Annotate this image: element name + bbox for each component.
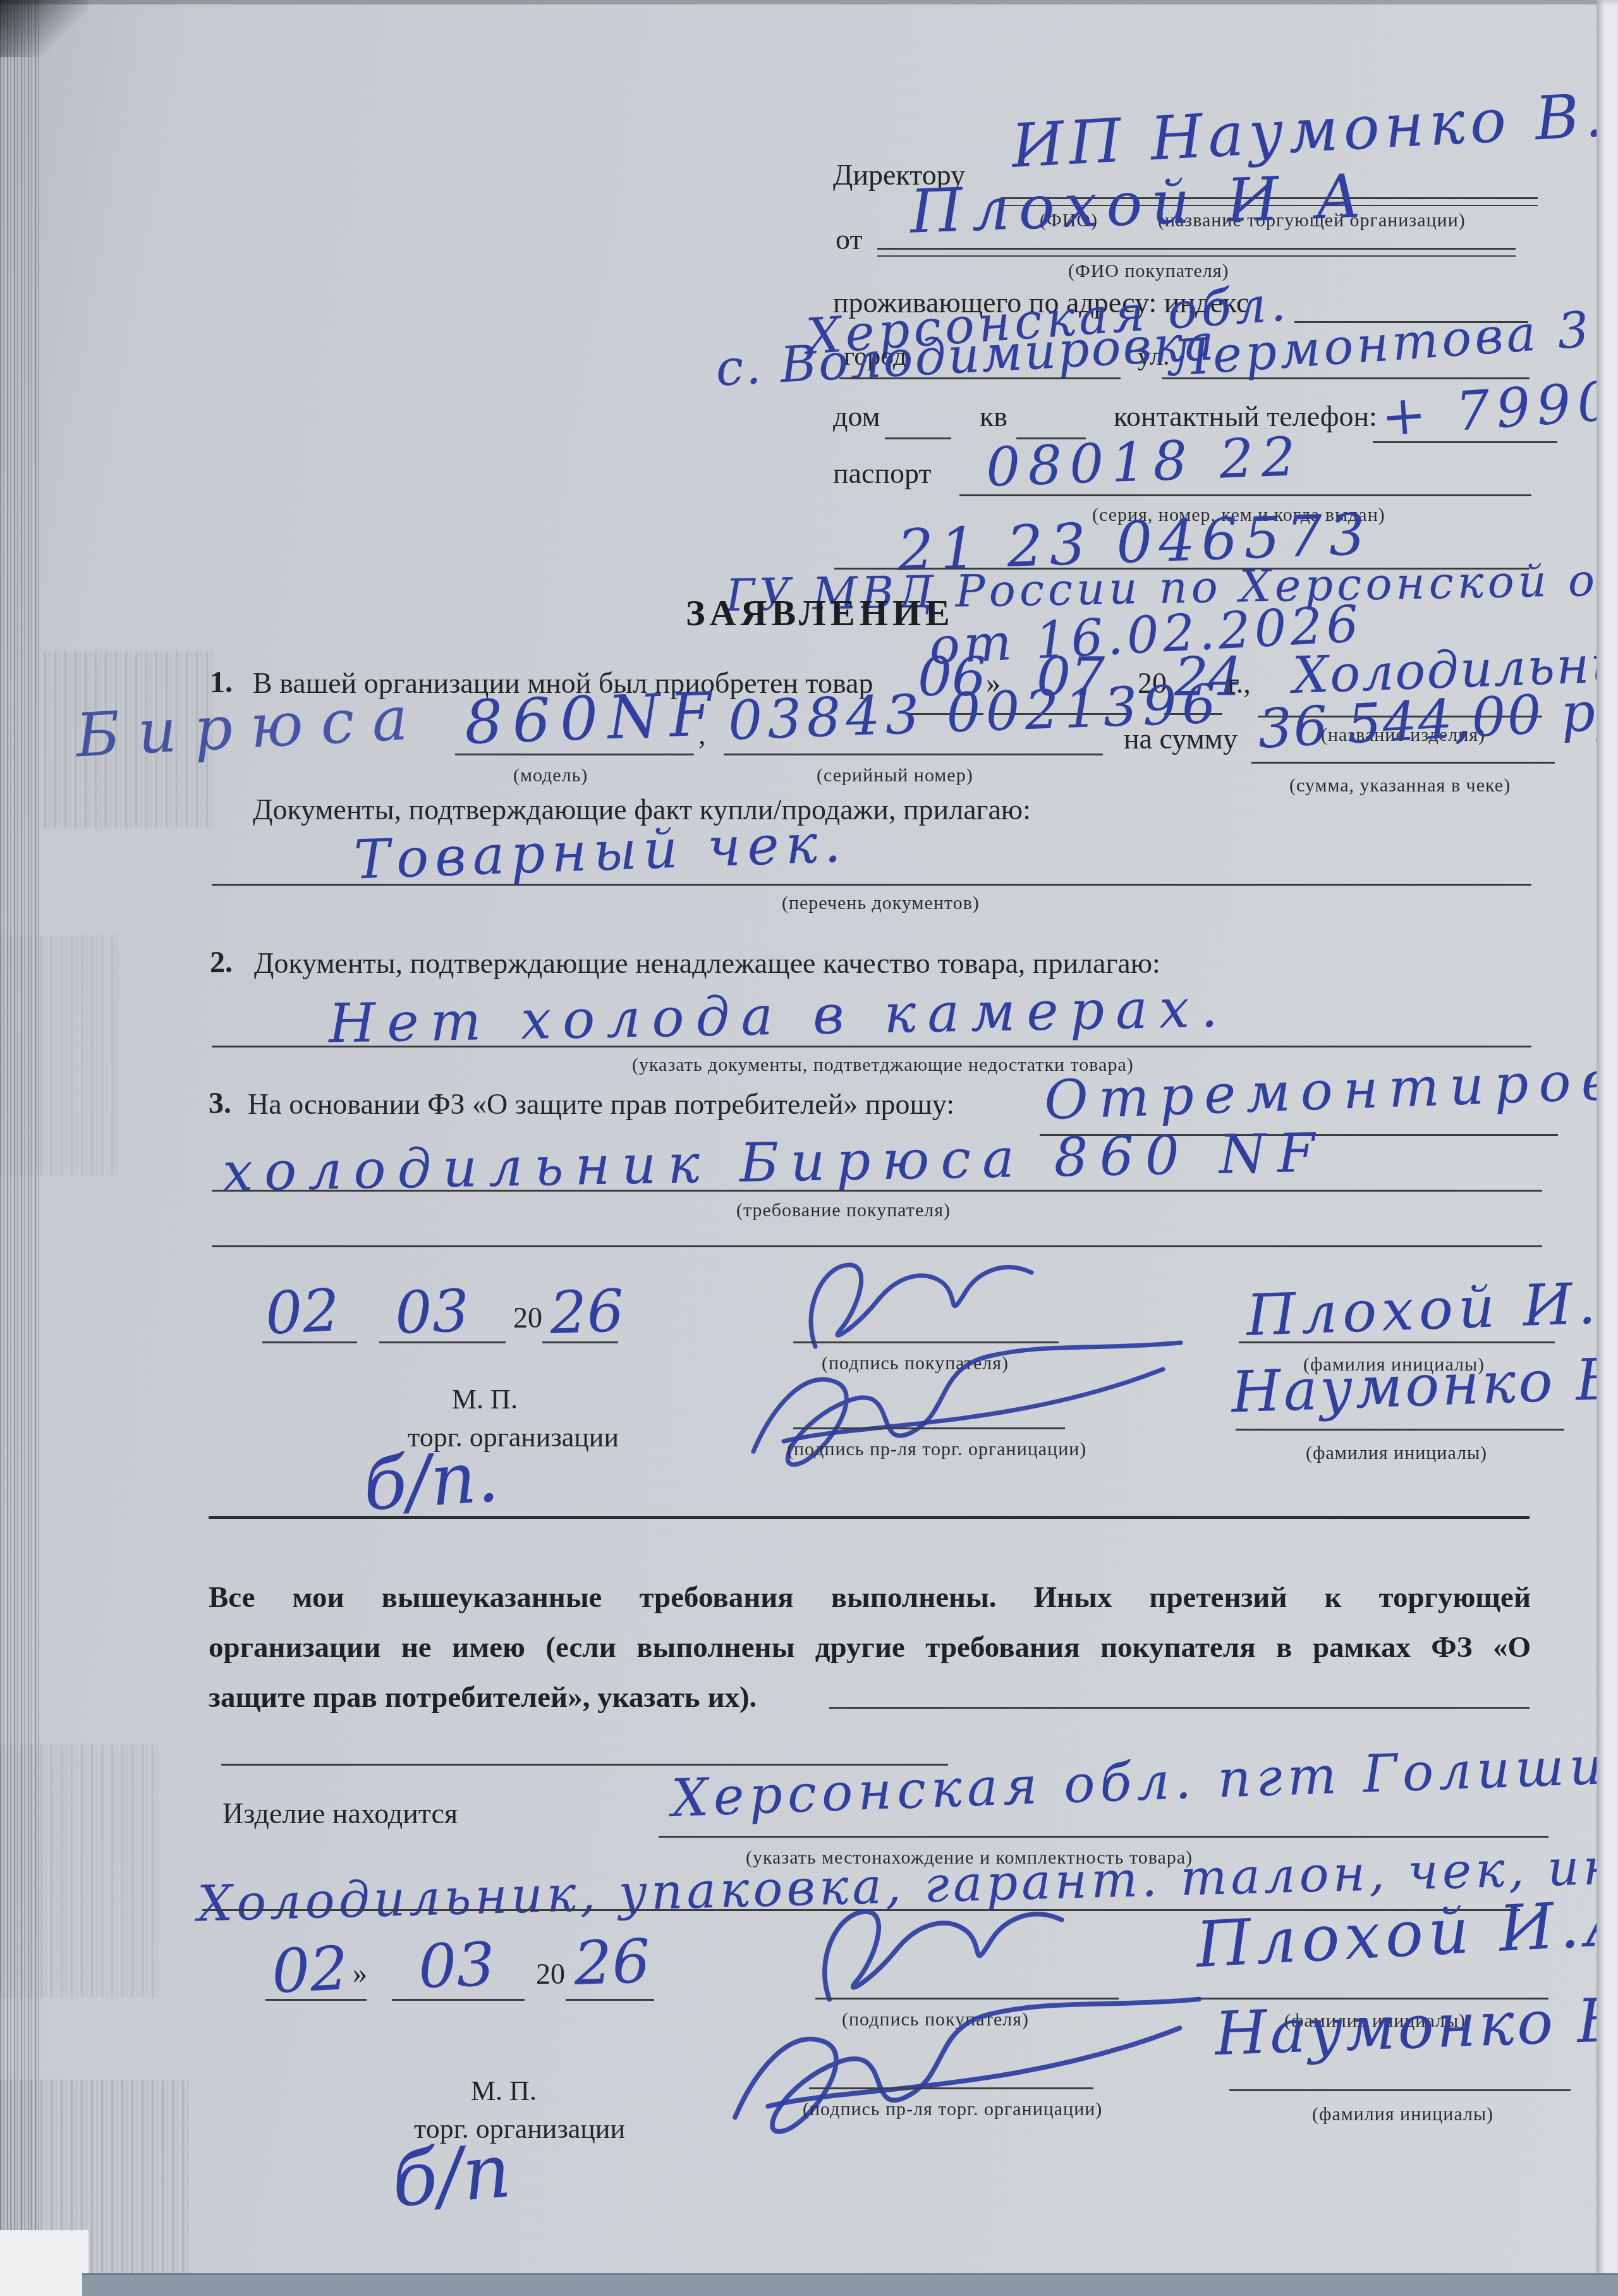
signing1-month-underline	[379, 1341, 506, 1343]
year-suffix-printed: г.,	[1227, 666, 1251, 700]
phone-underline	[1373, 441, 1557, 443]
page-title: ЗАЯВЛЕНИЕ	[686, 592, 954, 634]
claims-line3: защите прав потребителей», указать их).	[209, 1673, 1531, 1723]
scanned-consumer-claim-form: Директору ИП Наумонко В.Д (ФИО) (названи…	[0, 0, 1618, 2296]
location-underline	[659, 1836, 1548, 1838]
signing2-org-sign-sublabel: (подпись пр-ля торг. органицации)	[803, 2099, 1102, 2120]
signing1-org-name-underline	[1236, 1429, 1564, 1431]
empty-underline	[212, 1245, 1542, 1247]
signing1-day-underline	[262, 1341, 357, 1343]
model-sublabel: (модель)	[513, 765, 588, 786]
apartment-label: кв	[980, 400, 1007, 433]
section3-intro: На основании ФЗ «О защите прав потребите…	[248, 1087, 954, 1121]
signing1-org-sign-sublabel: (подпись пр-ля торг. органицации)	[787, 1439, 1086, 1460]
claims-underline	[829, 1707, 1530, 1709]
claims-line1: Все мои вышеуказанные требования выполне…	[209, 1573, 1531, 1623]
signing1-day-handwriting: 02	[264, 1276, 341, 1348]
house-label: дом	[833, 400, 880, 433]
city-handwriting: с. Володимировка	[714, 314, 1217, 397]
scan-bottom-left-gap	[0, 2230, 88, 2296]
section2-number: 2.	[210, 945, 233, 980]
smudge-mark-2	[0, 936, 120, 1176]
signing1-year-underline	[542, 1341, 618, 1343]
model-number-handwriting: 860NF	[463, 680, 722, 758]
signing2-day-handwriting: 02	[270, 1934, 350, 2007]
city-underline	[839, 377, 1121, 379]
signing2-month-underline	[392, 1999, 525, 2001]
smudge-mark-1	[44, 651, 215, 828]
defect-handwriting: Нет холода в камерах.	[328, 977, 1229, 1056]
signing1-century-printed: 20	[513, 1301, 542, 1334]
signing1-buyer-name-handwriting: Плохой И.А	[1245, 1269, 1618, 1349]
defect-underline	[212, 1046, 1531, 1047]
signing2-month-handwriting: 03	[417, 1930, 496, 2002]
from-underline	[877, 248, 1516, 257]
signing2-no-stamp-handwriting: б/п	[388, 2127, 514, 2224]
signing2-org-name-sublabel: (фамилия инициалы)	[1312, 2104, 1493, 2125]
signing2-day-quote: »	[353, 1957, 367, 1990]
claims-line2: организации не имею (если выполнены друг…	[209, 1623, 1531, 1673]
phone-handwriting: + 7990	[1379, 370, 1618, 449]
sum-label: на сумму	[1124, 722, 1238, 755]
scan-corner-shadow	[0, 0, 88, 57]
signing2-org-sign-underline	[809, 2087, 1093, 2089]
street-underline	[1162, 377, 1530, 379]
from-label: от	[836, 223, 863, 256]
smudge-mark-3	[0, 1745, 158, 1998]
signing2-mp-label: М. П.	[471, 2075, 537, 2107]
signing1-mp-label: М. П.	[452, 1383, 518, 1415]
serial-underline	[724, 754, 1103, 755]
signing2-year-underline	[566, 1999, 654, 2001]
location-handwriting: Херсонская обл. пгт Голишиново	[671, 1731, 1618, 1829]
passport-underline-1	[959, 494, 1531, 496]
passport-series-handwriting: 08018 22	[985, 425, 1304, 499]
section-divider	[209, 1516, 1530, 1519]
section3-number: 3.	[209, 1086, 231, 1121]
location-label: Изделие находится	[222, 1797, 458, 1830]
signing2-year-handwriting: 26	[573, 1927, 652, 1999]
sum-sublabel: (сумма, указанная в чеке)	[1289, 775, 1511, 797]
model-serial-comma: ,	[698, 717, 706, 751]
purchase-docs-sublabel: (перечень документов)	[782, 893, 980, 914]
signing1-buyer-name-underline	[1239, 1341, 1555, 1343]
passport-label: паспорт	[833, 456, 932, 490]
signing2-day-underline	[265, 1999, 367, 2001]
signing1-org-name-handwriting: Наумонко В.А	[1230, 1343, 1618, 1426]
scan-top-shadow	[0, 0, 1618, 4]
signing1-org-name-sublabel: (фамилия инициалы)	[1306, 1443, 1487, 1464]
signing1-no-stamp-handwriting: б/п.	[361, 1436, 501, 1527]
signing1-org-sign-underline	[793, 1427, 1065, 1429]
demand-underline-2	[212, 1190, 1542, 1192]
signing1-month-handwriting: 03	[394, 1277, 470, 1347]
buyer-name-handwriting: Плохой И А	[909, 161, 1371, 247]
section2-intro: Документы, подтверждающие ненадлежащее к…	[254, 946, 1160, 980]
demand-sublabel: (требование покупателя)	[736, 1200, 951, 1221]
signing1-year-handwriting: 26	[549, 1277, 625, 1347]
purchase-docs-underline	[212, 884, 1531, 886]
model-underline	[455, 754, 694, 755]
sum-underline	[1251, 762, 1555, 764]
serial-sublabel: (серийный номер)	[817, 765, 973, 786]
signing2-org-name-handwriting: Наумонко В.Д	[1213, 1983, 1618, 2070]
house-underline	[885, 437, 951, 439]
scan-right-strip	[1597, 0, 1618, 2296]
signing2-org-name-underline	[1229, 2089, 1571, 2091]
signing2-century-printed: 20	[536, 1957, 565, 1991]
org-signature-2	[727, 1985, 1207, 2149]
buyer-fio-sublabel: (ФИО покупателя)	[1068, 260, 1229, 282]
scanner-background-band	[82, 2273, 1618, 2296]
